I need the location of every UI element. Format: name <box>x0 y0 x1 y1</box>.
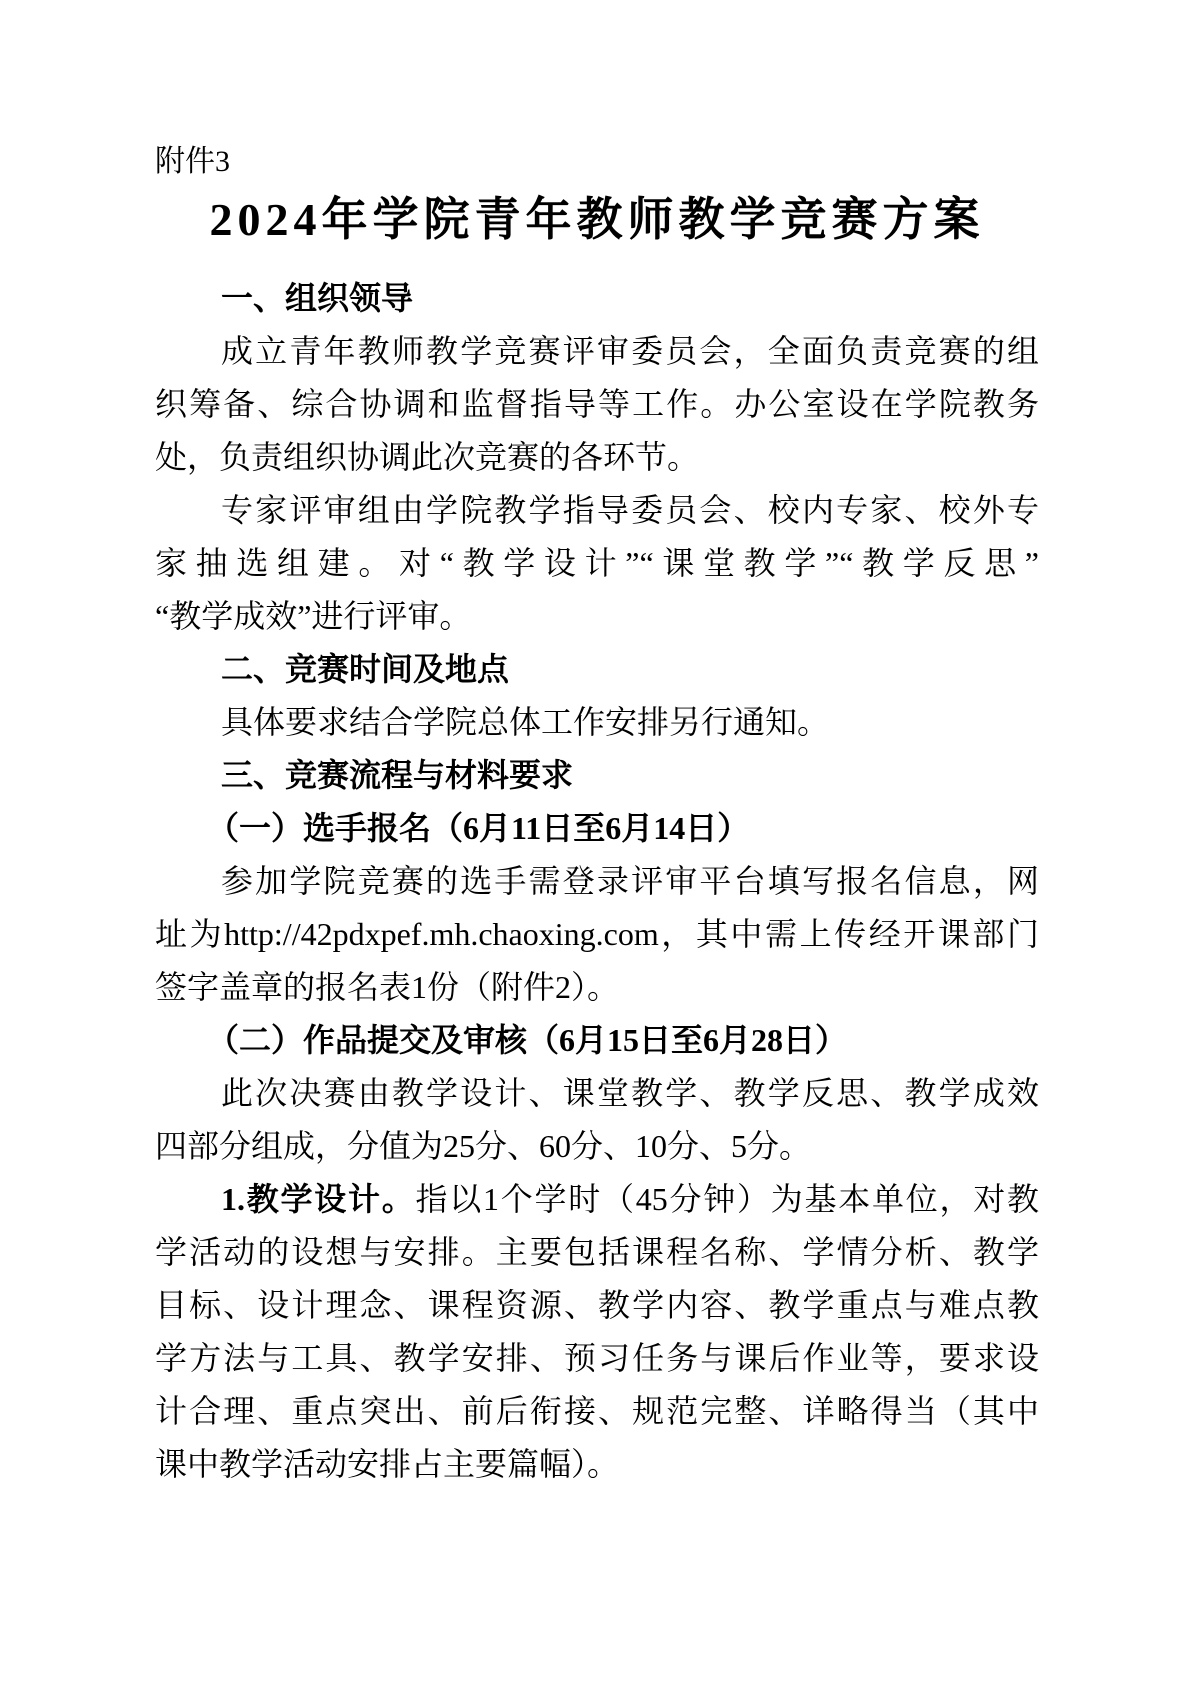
document-content: 附件3 2024年学院青年教师教学竞赛方案 一、组织领导 成立青年教师教学竞赛评… <box>0 0 1191 1491</box>
paragraph-line: 参加学院竞赛的选手需登录评审平台填写报名信息，网 <box>155 855 1039 908</box>
subheading-submission-review: （二）作品提交及审核（6月15日至6月28日） <box>155 1014 1039 1067</box>
subheading-registration: （一）选手报名（6月11日至6月14日） <box>155 802 1039 855</box>
paragraph-line: 签字盖章的报名表1份（附件2）。 <box>155 961 1039 1014</box>
paragraph-line: “教学成效”进行评审。 <box>155 590 1039 643</box>
paragraph-line: 目标、设计理念、课程资源、教学内容、教学重点与难点教 <box>155 1279 1039 1332</box>
paragraph-line: 具体要求结合学院总体工作安排另行通知。 <box>155 696 1039 749</box>
paragraph-line: 专家评审组由学院教学指导委员会、校内专家、校外专 <box>155 484 1039 537</box>
paragraph-line: 学方法与工具、教学安排、预习任务与课后作业等，要求设 <box>155 1332 1039 1385</box>
paragraph-line: 处，负责组织协调此次竞赛的各环节。 <box>155 431 1039 484</box>
heading-organization-leadership: 一、组织领导 <box>155 272 1039 325</box>
paragraph-line: 计合理、重点突出、前后衔接、规范完整、详略得当（其中 <box>155 1385 1039 1438</box>
paragraph-line: 成立青年教师教学竞赛评审委员会，全面负责竞赛的组 <box>155 325 1039 378</box>
paragraph-line-teaching-design: 1.教学设计。指以1个学时（45分钟）为基本单位，对教 <box>155 1173 1039 1226</box>
bold-lead-teaching-design: 1.教学设计。 <box>221 1181 416 1217</box>
heading-time-and-location: 二、竞赛时间及地点 <box>155 643 1039 696</box>
attachment-label: 附件3 <box>155 140 1039 184</box>
document-body: 一、组织领导 成立青年教师教学竞赛评审委员会，全面负责竞赛的组 织筹备、综合协调… <box>155 272 1039 1491</box>
document-title: 2024年学院青年教师教学竞赛方案 <box>155 188 1039 252</box>
paragraph-line: 此次决赛由教学设计、课堂教学、教学反思、教学成效 <box>155 1067 1039 1120</box>
paragraph-text: 指以1个学时（45分钟）为基本单位，对教 <box>416 1181 1039 1217</box>
paragraph-line: 学活动的设想与安排。主要包括课程名称、学情分析、教学 <box>155 1226 1039 1279</box>
paragraph-line: 四部分组成，分值为25分、60分、10分、5分。 <box>155 1120 1039 1173</box>
paragraph-line-url: 址为http://42pdxpef.mh.chaoxing.com，其中需上传经… <box>155 908 1039 961</box>
paragraph-line: 课中教学活动安排占主要篇幅）。 <box>155 1438 1039 1491</box>
document-page: 附件3 2024年学院青年教师教学竞赛方案 一、组织领导 成立青年教师教学竞赛评… <box>0 0 1191 1684</box>
paragraph-line: 家抽选组建。对“教学设计”“课堂教学”“教学反思” <box>155 537 1039 590</box>
paragraph-line: 织筹备、综合协调和监督指导等工作。办公室设在学院教务 <box>155 378 1039 431</box>
heading-process-and-materials: 三、竞赛流程与材料要求 <box>155 749 1039 802</box>
